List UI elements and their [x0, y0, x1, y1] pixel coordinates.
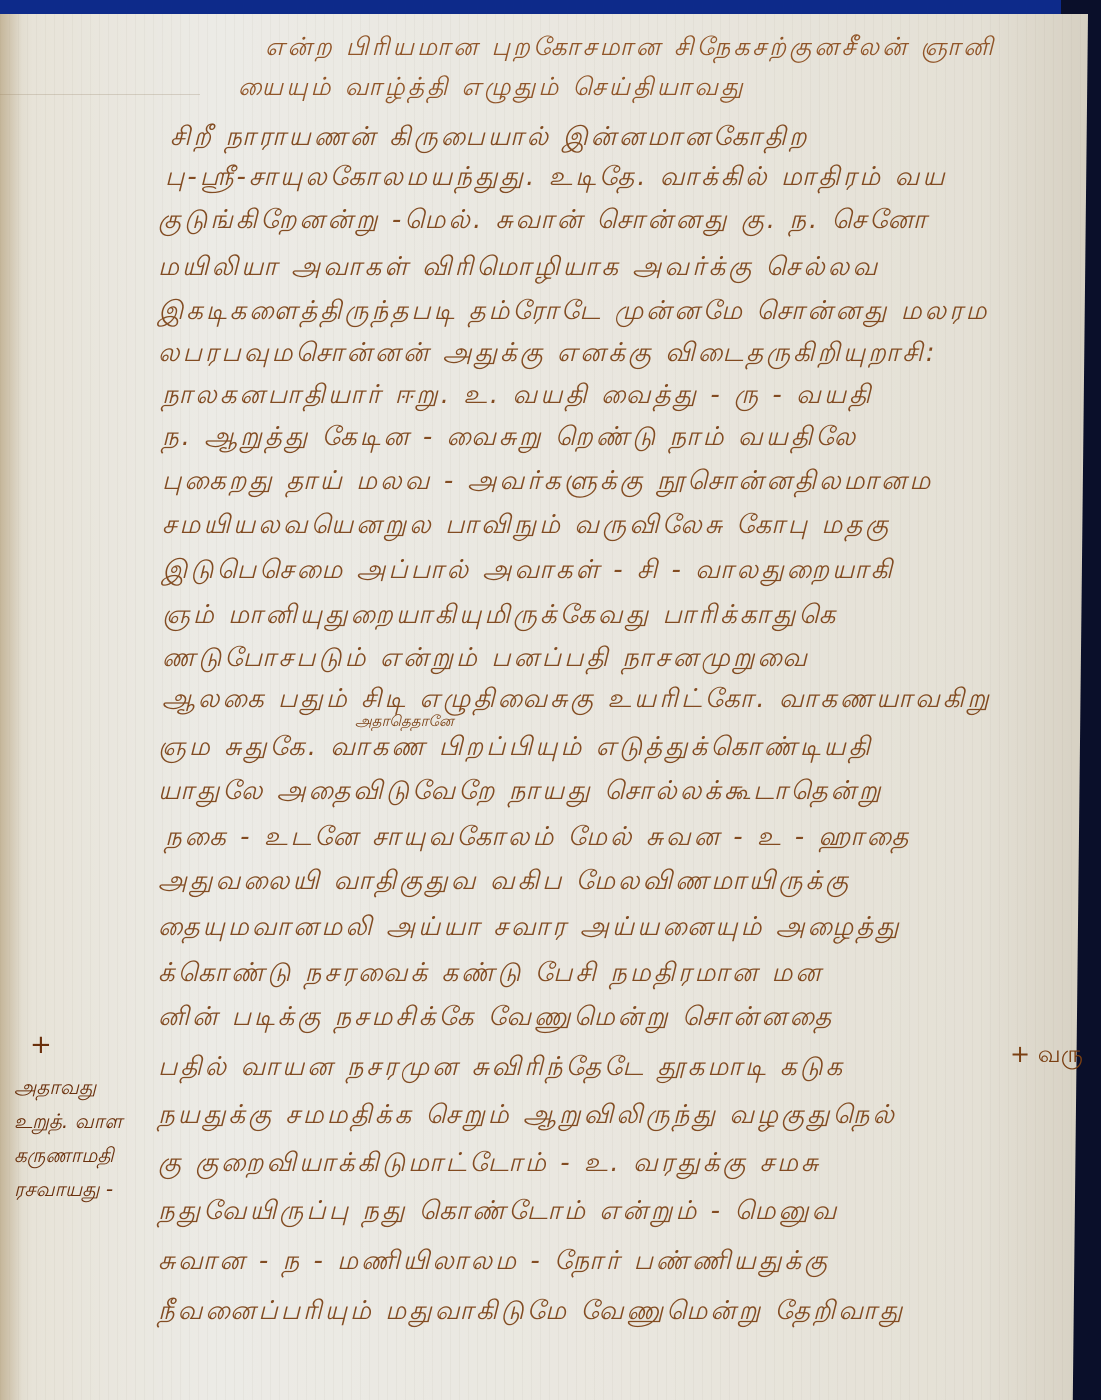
paper-fold-line: [0, 94, 200, 95]
body-line-25: நதுவேயிருப்பு நது கொண்டோம் என்றும் - மென…: [158, 1196, 840, 1229]
body-line-4: மயிலியா அவாகள் விரிமொழியாக அவர்க்கு செல்…: [158, 252, 880, 285]
margin-cross-mark: +: [30, 1030, 154, 1070]
header-line-2: யையும் வாழ்த்தி எழுதும் செய்தியாவது: [238, 72, 746, 105]
body-line-5: இகடிகளைத்திருந்தபடி தம்ரோடே முன்னமே சொன்…: [158, 296, 990, 329]
body-line-10: சமயியலவயெனறுல பாவிநும் வருவிலேசு கோபு மத…: [162, 510, 891, 543]
body-line-27: நீவனைப்பரியும் மதுவாகிடுமே வேணுமென்று தே…: [158, 1296, 905, 1329]
margin-note: + அதாவது உறுத். வாள கருணாமதி ரசவாயது -: [14, 1030, 154, 1206]
body-line-9: புகைறது தாய் மலவ - அவர்களுக்கு நூசொன்னதி…: [162, 466, 933, 499]
body-line-15: ஞம சுதுகே. வாகண பிறப்பியும் எடுத்துக்கொண…: [158, 732, 873, 765]
body-line-18: அதுவலையி வாதிகுதுவ வகிப மேலவிணமாயிருக்கு: [158, 866, 851, 899]
body-line-7: நாலகனபாதியார் ஈறு. உ. வயதி வைத்து - ரு -…: [162, 380, 873, 413]
body-line-19: தையுமவானமலி அய்யா சவார அய்யனையும் அழைத்த…: [158, 912, 902, 945]
body-line-3: குடுங்கிறேனன்று -மெல். சுவான் சொன்னது கு…: [158, 205, 929, 238]
body-line-26: சுவான - ந - மணியிலாலம - நோர் பண்ணியதுக்க…: [158, 1246, 830, 1279]
body-line-23: நயதுக்கு சமமதிக்க செறும் ஆறுவிலிருந்து வ…: [158, 1100, 897, 1133]
margin-note-line-4: ரசவாயது -: [14, 1172, 154, 1206]
body-line-16: யாதுலே அதைவிடுவேறே நாயது சொல்லக்கூடாதென்…: [158, 776, 884, 809]
body-line-21: னின் படிக்கு நசமசிக்கே வேணுமென்று சொன்னத…: [158, 1002, 834, 1035]
insertion-mark: + வரு: [1010, 1040, 1083, 1071]
body-line-22: பதில் வாயன நசரமுன சுவிரிந்தேடே தூகமாடி க…: [158, 1052, 845, 1085]
body-line-24: கு குறைவியாக்கிடுமாட்டோம் - உ. வரதுக்கு …: [158, 1148, 821, 1181]
body-line-1: சிறீ நாராயணன் கிருபையால் இன்னமானகோதிற: [170, 122, 810, 155]
margin-note-line-3: கருணாமதி: [14, 1138, 154, 1172]
header-line-1: என்ற பிரியமான புறகோசமான சிநேகசற்குனசீலன்…: [265, 32, 996, 65]
body-line-12: ஞம் மானியுதுறையாகியுமிருக்கேவது பாரிக்கா…: [162, 600, 838, 633]
body-line-6: லபரபவுமசொன்னன் அதுக்கு எனக்கு விடைதருகிற…: [158, 338, 938, 371]
margin-note-line-2: உறுத். வாள: [14, 1104, 154, 1138]
body-line-14: ஆலகை பதும் சிடி எழுதிவைசுகு உயரிட்கோ. வா…: [162, 684, 992, 717]
body-line-20: க்கொண்டு நசரவைக் கண்டு பேசி நமதிரமான மன: [158, 958, 824, 991]
body-line-13: ணடுபோசபடும் என்றும் பனப்பதி நாசனமுறுவை: [162, 643, 810, 676]
body-line-11: இடுபெசெமை அப்பால் அவாகள் - சி - வாலதுறைய…: [162, 555, 895, 588]
body-line-8: ந. ஆறுத்து கேடின - வைசுறு றெண்டு நாம் வய…: [162, 422, 858, 455]
interlinear-insertion: அதாதெதானே: [355, 712, 454, 732]
margin-note-line-1: அதாவது: [14, 1070, 154, 1104]
body-line-2: பு-ஸ்ரீ-சாயுலகோலமயந்துது. உடிதே. வாக்கில…: [165, 162, 948, 195]
body-line-17: நகை - உடனே சாயுவகோலம் மேல் சுவன - உ - ஹா…: [165, 822, 911, 855]
